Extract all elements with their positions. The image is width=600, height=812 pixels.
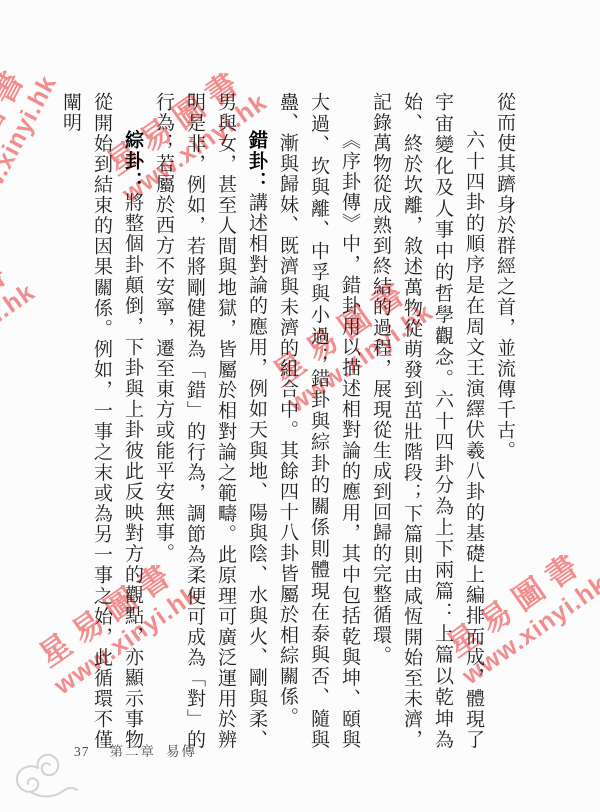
page-footer: 37第二章易傳 (74, 740, 197, 760)
watermark-site-text: www.xinyi.hk (0, 272, 48, 403)
term-cuogua-label: 錯卦： (246, 130, 267, 192)
footer-chapter: 第二章 (110, 744, 157, 759)
paragraph-continuation: 從而使其躋身於群經之首，並流傳千古。 (489, 92, 520, 750)
watermark-publisher-text: 星易圖書 (0, 244, 30, 379)
footer-section-title: 易傳 (166, 744, 197, 759)
paragraph-text: 《序卦傳》中，錯卦用以描述相對論的應用，其中包括乾與坤、頤與大過、坎與離、中孚與… (277, 92, 360, 750)
paragraph-text: 從而使其躋身於群經之首，並流傳千古。 (494, 92, 515, 461)
watermark: 星易圖書 www.xinyi.hk (0, 244, 48, 403)
term-zonggua-label: 綜卦： (122, 130, 143, 192)
watermark-publisher-text: 星易圖書 (0, 47, 40, 227)
paragraph-text: 六十四卦的順序是在周文王演繹伏羲八卦的基礎上編排而成，體現了宇宙變化及人事中的哲… (370, 92, 484, 750)
paragraph-zonggua: 綜卦：將整個卦顛倒，下卦與上卦彼此反映對方的觀點，亦顯示事物從開始到結束的因果關… (55, 92, 148, 750)
page-text-vertical: 從而使其躋身於群經之首，並流傳千古。 六十四卦的順序是在周文王演繹伏羲八卦的基礎… (76, 92, 520, 750)
paragraph-hexagram-order: 六十四卦的順序是在周文王演繹伏羲八卦的基礎上編排而成，體現了宇宙變化及人事中的哲… (365, 92, 489, 750)
paragraph-xugua-zhuan: 《序卦傳》中，錯卦用以描述相對論的應用，其中包括乾與坤、頤與大過、坎與離、中孚與… (272, 92, 365, 750)
paragraph-cuogua: 錯卦：講述相對論的應用，例如天與地、陽與陰、水與火、剛與柔、男與女，甚至人間與地… (148, 92, 272, 750)
cloud-swirl-logo-icon (5, 748, 79, 806)
book-page: { "watermark": { "publisher": "星易圖書", "w… (0, 0, 600, 812)
